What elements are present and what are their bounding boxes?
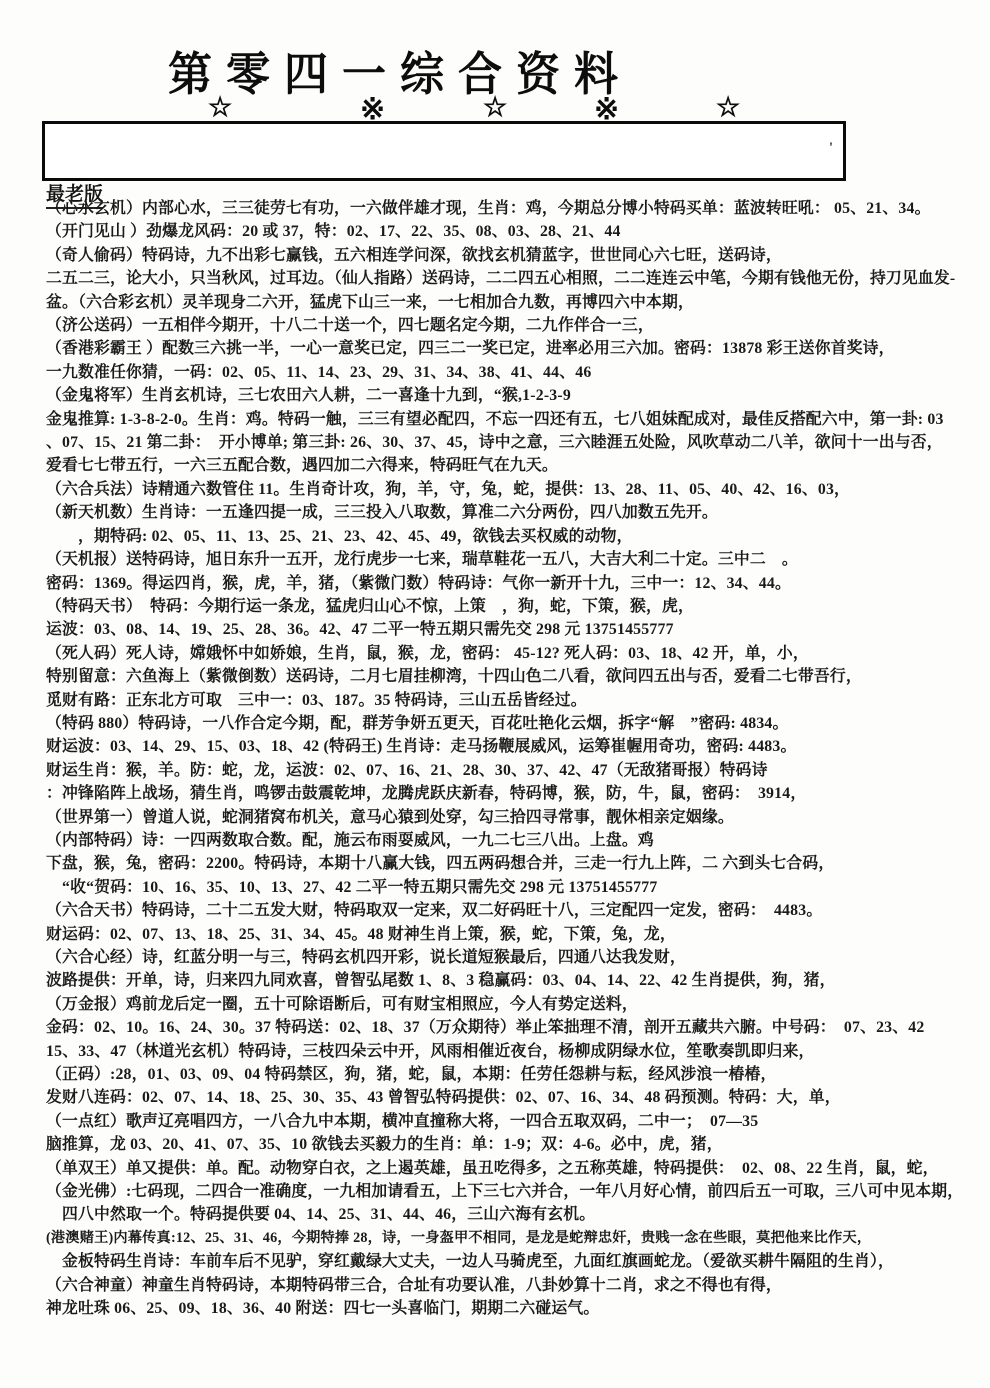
text-line: （六合心经）诗，红蓝分明一与三，特码玄机四开彩，说长道短猴最后，四通八达我发财， [46, 946, 982, 969]
text-line: （金鬼将军）生肖玄机诗，三七农田六人耕，二一喜逢十九到，“猴,1-2-3-9 [46, 384, 982, 407]
document-page: 第零四一综合资料 ☆ ※ ☆ ※ ☆ ' 最老版 （心水玄机）内部心水，三三徒劳… [0, 0, 990, 1388]
text-line: 运波：03、08、14、19、25、28、36。42、47 二平一特五期只需先交… [46, 618, 982, 641]
text-line: 、07、15、21 第二卦： 开小博单; 第三卦: 26、30、37、45，诗中… [46, 431, 982, 454]
text-line: （六合天书）特码诗，二十二五发大财，特码取双一定来，双二好码旺十八，三定配四一定… [46, 899, 982, 922]
text-line: 发财八连码：02、07、14、18、25、30、35、43 曾智弘特码提供：02… [46, 1086, 982, 1109]
text-line: 金鬼推算: 1-3-8-2-0。生肖：鸡。特码一触，三三有望必配四，不忘一四还有… [46, 408, 982, 431]
text-line: （死人码）死人诗，嫦娥怀中如娇娘，生肖，鼠，猴，龙，密码： 45-12? 死人码… [46, 642, 982, 665]
text-line: (港澳赌王)内幕传真:12、25、31、46，今期特捧 28，诗，一身盔甲不相同… [46, 1227, 982, 1250]
star-icon: ☆ [208, 92, 232, 123]
text-line: （六合兵法）诗精通六数管住 11。生肖奇计攻，狗，羊，守，兔，蛇，提供：13、2… [46, 478, 982, 501]
text-line: 金码：02、10。16、24、30。37 特码送：02、18、37（万众期待）举… [46, 1016, 982, 1039]
text-line: 觅财有路：正东北方可取 三中一：03、187。35 特码诗，三山五岳皆经过。 [46, 689, 982, 712]
text-line: 一九数准任你猜，一码：02、05、11、14、23、29、31、34、38、41… [46, 361, 982, 384]
text-line: （一点红）歌声辽亮唱四方，一八合九中本期，横冲直撞称大将，一四合五取双码，二中一… [46, 1110, 982, 1133]
body-text: （心水玄机）内部心水，三三徒劳七有功，一六做伴雄才现，生肖：鸡，今期总分博小特码… [46, 197, 982, 1321]
text-line: （六合神童）神童生肖特码诗，本期特码带三合，合址有功要认准，八卦妙算十二肖，求之… [46, 1274, 982, 1297]
star-icon: ☆ [716, 92, 740, 123]
text-line: 爱看七七带五行，一六三五配合数，遇四加二六得来，特码旺气在九天。 [46, 454, 982, 477]
text-line: （金光佛）:七码现，二四合一准确度，一九相加请看五，上下三七六并合，一年八月好心… [46, 1180, 982, 1203]
text-line: （开门见山 ）劲爆龙风码：20 或 37，特：02、17、22、35、08、03… [46, 220, 982, 243]
text-line: （香港彩霸王 ）配数三六挑一半，一心一意奖已定，四三二一奖已定，进率必用三六加。… [46, 337, 982, 360]
text-line: （奇人偷码）特码诗，九不出彩七赢钱，五六相连学问深，欲找玄机猜蓝字，世世同心六七… [46, 244, 982, 267]
text-line: 波路提供：开单，诗，归来四九同欢喜，曾智弘尾数 1、8、3 稳赢码：03、04、… [46, 969, 982, 992]
text-line: 15、33、47（林道光玄机）特码诗，三枝四朵云中开，风雨相催近夜台，杨柳成阴绿… [46, 1040, 982, 1063]
text-line: “收“贺码：10、16、35、10、13、27、42 二平一特五期只需先交 29… [46, 876, 982, 899]
text-line: （正码）:28，01、03、09、04 特码禁区，狗，猪，蛇，鼠，本期：任劳任怨… [46, 1063, 982, 1086]
text-line: （万金报）鸡前龙后定一圈，五十可除语断后，可有财宝相照应，今人有势定送料， [46, 993, 982, 1016]
text-line: 二五二三，论大小，只当秋风，过耳边。（仙人指路）送码诗，二二四五心相照，二二连连… [46, 267, 982, 290]
text-line: （心水玄机）内部心水，三三徒劳七有功，一六做伴雄才现，生肖：鸡，今期总分博小特码… [46, 197, 982, 220]
text-line: （特码天书） 特码：今期行运一条龙，猛虎归山心不惊，上策 ，狗，蛇，下策，猴，虎… [46, 595, 982, 618]
text-line: ，期特码: 02、05、11、13、25、21、23、42、45、49，欲钱去买… [46, 525, 982, 548]
text-line: 特别留意：六鱼海上（紫微倒数）送码诗，二月七眉挂柳湾，十四山色二八看，欲问四五出… [46, 665, 982, 688]
text-line: 下盘，猴，兔，密码：2200。特码诗，本期十八赢大钱，四五两码想合并，三走一行九… [46, 852, 982, 875]
text-line: （世界第一）曾道人说，蛇洞猪窝布机关，意马心猿到处穿，勾三拾四寻常事，靓休相亲定… [46, 806, 982, 829]
text-line: 财运波：03、14、29、15、03、18、42 (特码王) 生肖诗：走马扬鞭展… [46, 735, 982, 758]
text-line: 财运码：02、07、13、18、25、31、34、45。48 财神生肖上策，猴，… [46, 923, 982, 946]
star-icon: ☆ [483, 92, 507, 123]
text-line: （济公送码）一五相伴今期开，十八二十送一个，四七题名定今期，二九作伴合一三， [46, 314, 982, 337]
text-line: 四八中然取一个。特码提供要 04、14、25、31、44、46，三山六海有玄机。 [46, 1203, 982, 1226]
text-line: 财运生肖：猴，羊。防：蛇，龙，运波：02、07、16、21、28、30、37、4… [46, 759, 982, 782]
text-line: 密码：1369。得运四肖，猴，虎，羊，猪，（紫微门数）特码诗：气你一新开十九，三… [46, 572, 982, 595]
text-line: （新天机数）生肖诗：一五逢四提一成，三三投入八取数，算准二六分两份，四八加数五先… [46, 501, 982, 524]
stray-mark: ' [829, 140, 833, 157]
text-line: 神龙吐珠 06、25、09、18、36、40 附送：四七一头喜临门，期期二六碰运… [46, 1297, 982, 1320]
text-line: 脑推算，龙 03、20、41、07、35、10 欲钱去买毅力的生肖：单：1-9；… [46, 1133, 982, 1156]
text-line: （单双王）单又提供：单。配。动物穿白衣，之上遏英雄，虽丑吃得多，之五称英雄，特码… [46, 1157, 982, 1180]
text-line: 盆。（六合彩玄机）灵羊现身二六开，猛虎下山三一来，一七相加合九数，再博四六中本期… [46, 291, 982, 314]
empty-header-box: ' [42, 121, 846, 181]
text-line: （内部特码）诗：一四两数取合数。配，施云布雨耍威风，一九二七三八出。上盘。鸡 [46, 829, 982, 852]
text-line: （特码 880）特码诗，一八作合定今期，配，群芳争妍五更天，百花吐艳化云烟，拆字… [46, 712, 982, 735]
decorative-symbols-row: ☆ ※ ☆ ※ ☆ [0, 92, 990, 122]
text-line: ：冲锋陷阵上战场，猜生肖，鸣锣击鼓震乾坤，龙腾虎跃庆新春，特码博，猴，防，牛，鼠… [46, 782, 982, 805]
text-line: （天机报）送特码诗，旭日东升一五开，龙行虎步一七来，瑞草鞋花一五八，大吉大利二十… [46, 548, 982, 571]
text-line: 金板特码生肖诗：车前车后不见驴，穿红戴绿大丈夫，一边人马骑虎至，九面红旗画蛇龙。… [46, 1250, 982, 1273]
